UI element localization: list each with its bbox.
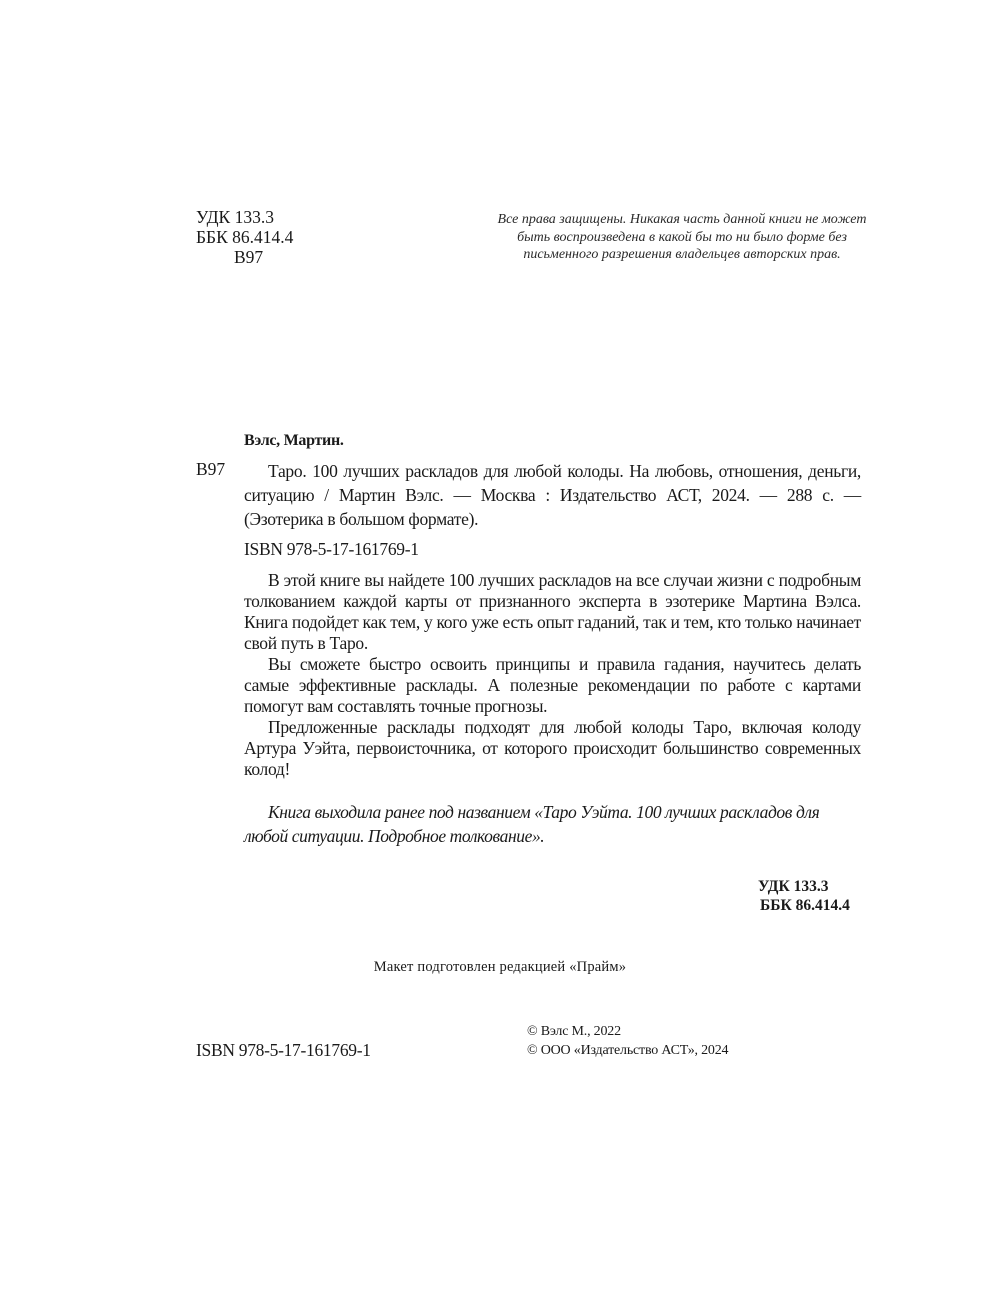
- copyright-publisher: © ООО «Издательство АСТ», 2024: [527, 1041, 728, 1060]
- classification-block: УДК 133.3 ББК 86.414.4 В97: [196, 207, 293, 267]
- record-isbn: ISBN 978-5-17-161769-1: [244, 539, 419, 560]
- layout-credit: Макет подготовлен редакцией «Прайм»: [0, 959, 1000, 976]
- annotation-paragraph: Предложенные расклады подходят для любой…: [244, 717, 861, 780]
- rights-notice: Все права защищены. Никакая часть данной…: [488, 211, 876, 264]
- bbk-code: ББК 86.414.4: [196, 227, 293, 247]
- annotation-paragraph: В этой книге вы найдете 100 лучших раскл…: [244, 570, 861, 654]
- annotation-paragraph: Вы сможете быстро освоить принципы и пра…: [244, 654, 861, 717]
- previous-title-note: Книга выходила ранее под названием «Таро…: [244, 800, 861, 848]
- footer-isbn: ISBN 978-5-17-161769-1: [196, 1040, 371, 1061]
- author-mark: В97: [196, 247, 293, 267]
- annotation: В этой книге вы найдете 100 лучших раскл…: [244, 570, 861, 780]
- record-author-mark: В97: [196, 459, 225, 480]
- bibliographic-description: Таро. 100 лучших раскладов для любой кол…: [244, 459, 861, 531]
- classification-bottom: УДК 133.3 ББК 86.414.4: [758, 877, 850, 915]
- udk-code: УДК 133.3: [196, 207, 293, 227]
- copyright-author: © Вэлс М., 2022: [527, 1022, 728, 1041]
- author-heading: Вэлс, Мартин.: [244, 432, 344, 450]
- udk-code-bottom: УДК 133.3: [758, 877, 850, 896]
- bbk-code-bottom: ББК 86.414.4: [758, 896, 850, 915]
- copyright-block: © Вэлс М., 2022 © ООО «Издательство АСТ»…: [527, 1022, 728, 1060]
